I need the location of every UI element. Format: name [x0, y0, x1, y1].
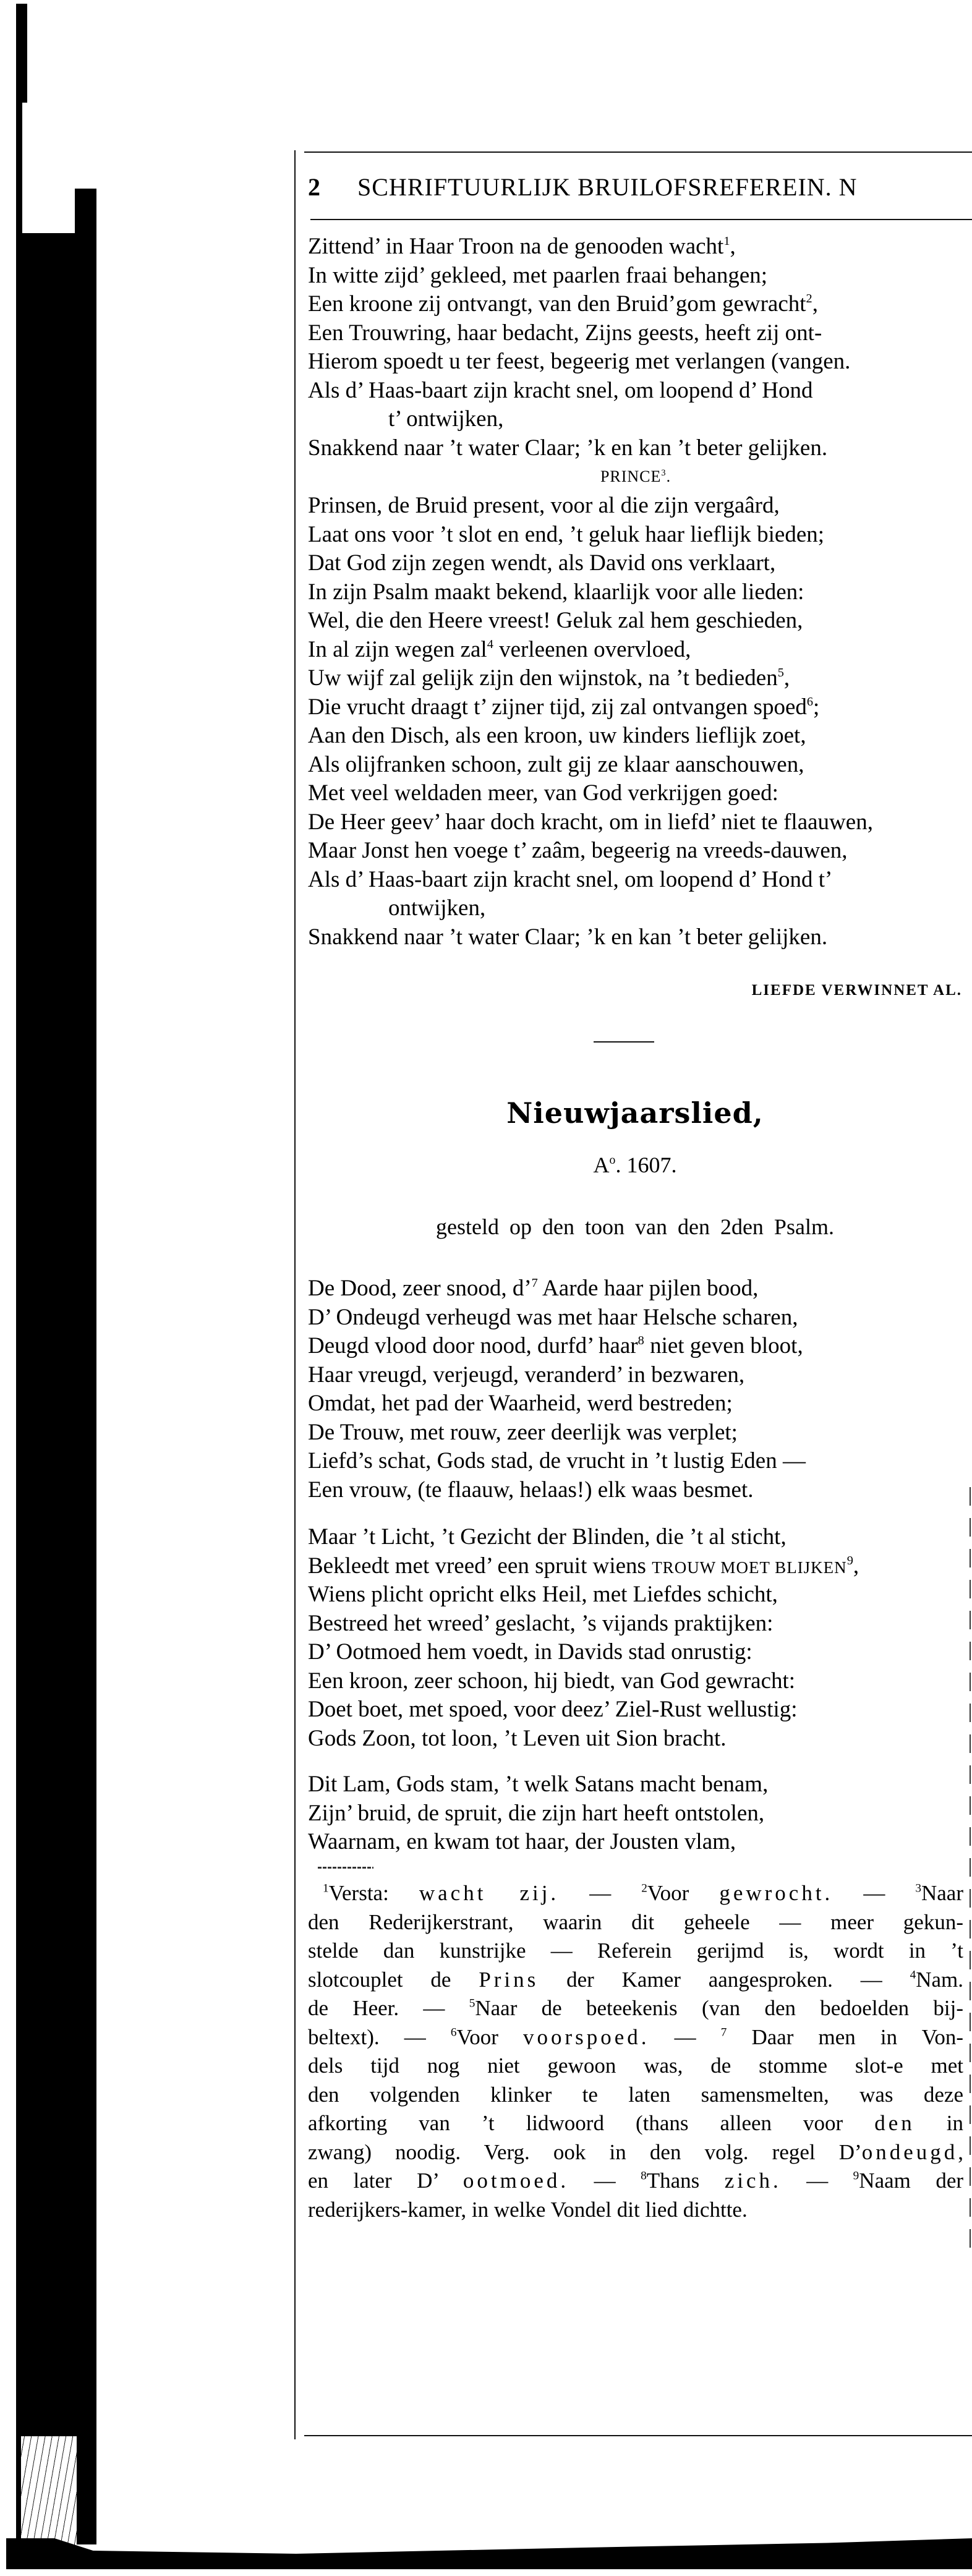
footnote-line: stelde dan kunstrijke — Referein gerijmd…	[308, 1937, 963, 1966]
prince-heading-block: PRINCE3.	[308, 463, 963, 492]
verse-line: Waarnam, en kwam tot haar, der Jousten v…	[308, 1828, 963, 1857]
poem-stanza-1: Zittend’ in Haar Troon na de genooden wa…	[308, 232, 963, 463]
footnote-marker: 2	[806, 292, 812, 305]
bottom-rule	[304, 2435, 972, 2436]
verse-line: Een vrouw, (te flaauw, helaas!) elk waas…	[308, 1476, 963, 1505]
motto: LIEFDE VERWINNET AL.	[308, 982, 962, 999]
footnote-line: beltext). — 6Voor voorspoed. — 7 Daar me…	[308, 2023, 963, 2052]
verse-line: De Dood, zeer snood, d’7 Aarde haar pijl…	[308, 1274, 963, 1303]
verse-line: Wiens plicht opricht elks Heil, met Lief…	[308, 1580, 963, 1610]
header-rule	[310, 219, 972, 220]
verse-line: Dit Lam, Gods stam, ’t welk Satans macht…	[308, 1770, 963, 1799]
verse-line: Doet boet, met spoed, voor deez’ Ziel-Ru…	[308, 1695, 963, 1725]
section-divider	[594, 1041, 654, 1043]
poem2-stanza-2: Maar ’t Licht, ’t Gezicht der Blinden, d…	[308, 1523, 963, 1753]
verse-line: Die vrucht draagt t’ zijner tijd, zij za…	[308, 693, 963, 722]
verse-line: Een kroon, zeer schoon, hij biedt, van G…	[308, 1667, 963, 1696]
verse-line: Met veel weldaden meer, van God verkrijg…	[308, 779, 963, 808]
scan-edge-bottom	[6, 2538, 972, 2569]
footnote-line: rederijkers-kamer, in welke Vondel dit l…	[308, 2196, 963, 2225]
poem2-stanza-1: De Dood, zeer snood, d’7 Aarde haar pijl…	[308, 1274, 963, 1504]
verse-line: D’ Ootmoed hem voedt, in Davids stad onr…	[308, 1638, 963, 1667]
footnote-line: den Rederijkerstrant, waarin dit geheele…	[308, 1908, 963, 1937]
verse-line: Liefd’s schat, Gods stad, de vrucht in ’…	[308, 1447, 963, 1476]
verse-line: Snakkend naar ’t water Claar; ’k en kan …	[308, 923, 963, 952]
page-number: 2	[308, 173, 357, 202]
verse-line: t’ ontwijken,	[308, 405, 963, 434]
footnote-marker: 7	[532, 1276, 538, 1290]
scan-binding-notch	[22, 189, 75, 233]
footnote-line: 1Versta: wacht zij. — 2Voor gewrocht. — …	[308, 1879, 963, 1908]
poem-tune: gesteld op den toon van den 2den Psalm.	[308, 1214, 962, 1240]
verse-line: Laat ons voor ’t slot en end, ’t geluk h…	[308, 521, 963, 550]
footnote-marker: 4	[487, 637, 493, 650]
top-rule	[304, 151, 972, 153]
verse-line: In witte zijd’ gekleed, met paarlen fraa…	[308, 262, 963, 291]
book-page: 2 SCHRIFTUURLIJK BRUILOFSREFEREIN. N Zit…	[294, 150, 972, 2439]
running-title: SCHRIFTUURLIJK BRUILOFSREFEREIN. N	[357, 173, 972, 202]
footnote-line: den volgenden klinker te laten samensmel…	[308, 2081, 963, 2110]
verse-line: Deugd vlood door nood, durfd’ haar8 niet…	[308, 1332, 963, 1361]
verse-line: Bestreed het wreed’ geslacht, ’s vijands…	[308, 1610, 963, 1639]
footnote-marker: 8	[638, 1334, 644, 1347]
verse-line: Als olijfranken schoon, zult gij ze klaa…	[308, 751, 963, 780]
verse-line: D’ Ondeugd verheugd was met haar Helsche…	[308, 1303, 963, 1333]
footnote-marker: 1	[723, 234, 730, 248]
verse-line: Prinsen, de Bruid present, voor al die z…	[308, 492, 963, 521]
verse-line: Uw wijf zal gelijk zijn den wijnstok, na…	[308, 664, 963, 693]
verse-line: Snakkend naar ’t water Claar; ’k en kan …	[308, 434, 963, 463]
scan-edge-left	[16, 4, 22, 2557]
footnote-line: zwang) noodig. Verg. ook in den volg. re…	[308, 2138, 963, 2167]
poem-year: Ao. 1607.	[308, 1152, 962, 1178]
footnotes: 1Versta: wacht zij. — 2Voor gewrocht. — …	[308, 1879, 963, 2224]
footnote-line: en later D’ ootmoed. — 8Thans zich. — 9N…	[308, 2167, 963, 2196]
poem-title: Nieuwjaarslied,	[308, 1096, 962, 1130]
footnote-line: slotcouplet de Prins der Kamer aangespro…	[308, 1966, 963, 1995]
scan-edge-light-patch	[21, 2436, 77, 2548]
poem2-stanza-3: Dit Lam, Gods stam, ’t welk Satans macht…	[308, 1770, 963, 1857]
footnote-line: dels tijd nog niet gewoon was, de stomme…	[308, 2052, 963, 2081]
footnote-marker: 5	[778, 666, 784, 680]
verse-line: Wel, die den Heere vreest! Geluk zal hem…	[308, 607, 963, 636]
verse-line: Omdat, het pad der Waarheid, werd bestre…	[308, 1389, 963, 1418]
verse-line: ontwijken,	[308, 894, 963, 923]
verse-line: Een Trouwring, haar bedacht, Zijns geest…	[308, 319, 963, 348]
verse-line: Als d’ Haas-baart zijn kracht snel, om l…	[308, 377, 963, 406]
footnote-line: afkorting van ’t lidwoord (thans alleen …	[308, 2109, 963, 2138]
verse-line: De Trouw, met rouw, zeer deerlijk was ve…	[308, 1418, 963, 1448]
verse-line: Maar ’t Licht, ’t Gezicht der Blinden, d…	[308, 1523, 963, 1552]
verse-line: De Heer geev’ haar doch kracht, om in li…	[308, 808, 963, 837]
verse-line: In al zijn wegen zal4 verleenen overvloe…	[308, 636, 963, 665]
verse-line: Als d’ Haas-baart zijn kracht snel, om l…	[308, 866, 963, 895]
verse-line: Maar Jonst hen voege t’ zaâm, begeerig n…	[308, 837, 963, 866]
verse-line: Gods Zoon, tot loon, ’t Leven uit Sion b…	[308, 1725, 963, 1754]
poem-stanza-prince: Prinsen, de Bruid present, voor al die z…	[308, 492, 963, 952]
verse-line: Zijn’ bruid, de spruit, die zijn hart he…	[308, 1799, 963, 1828]
verse-line: In zijn Psalm maakt bekend, klaarlijk vo…	[308, 578, 963, 607]
scan-edge-top-strip	[22, 4, 96, 103]
footnote-marker: 6	[807, 694, 813, 708]
verse-line: Bekleedt met vreed’ een spruit wiens TRO…	[308, 1552, 963, 1581]
prince-heading: PRINCE3.	[308, 463, 963, 492]
verse-line: Zittend’ in Haar Troon na de genooden wa…	[308, 232, 963, 262]
verse-line: Een kroone zij ontvangt, van den Bruid’g…	[308, 290, 963, 319]
footnote-marker: 9	[847, 1553, 853, 1567]
verse-line: Dat God zijn zegen wendt, als David ons …	[308, 549, 963, 578]
verse-line: Aan den Disch, als een kroon, uw kinders…	[308, 722, 963, 751]
footnote-line: de Heer. — 5Naar de beteekenis (van den …	[308, 1994, 963, 2023]
scan-binding-shadow	[22, 189, 96, 2544]
verse-line: Hierom spoedt u ter feest, begeerig met …	[308, 348, 963, 377]
verse-line: Haar vreugd, verjeugd, veranderd’ in bez…	[308, 1361, 963, 1390]
running-header: 2 SCHRIFTUURLIJK BRUILOFSREFEREIN. N	[308, 173, 972, 203]
footnote-separator	[318, 1867, 373, 1869]
